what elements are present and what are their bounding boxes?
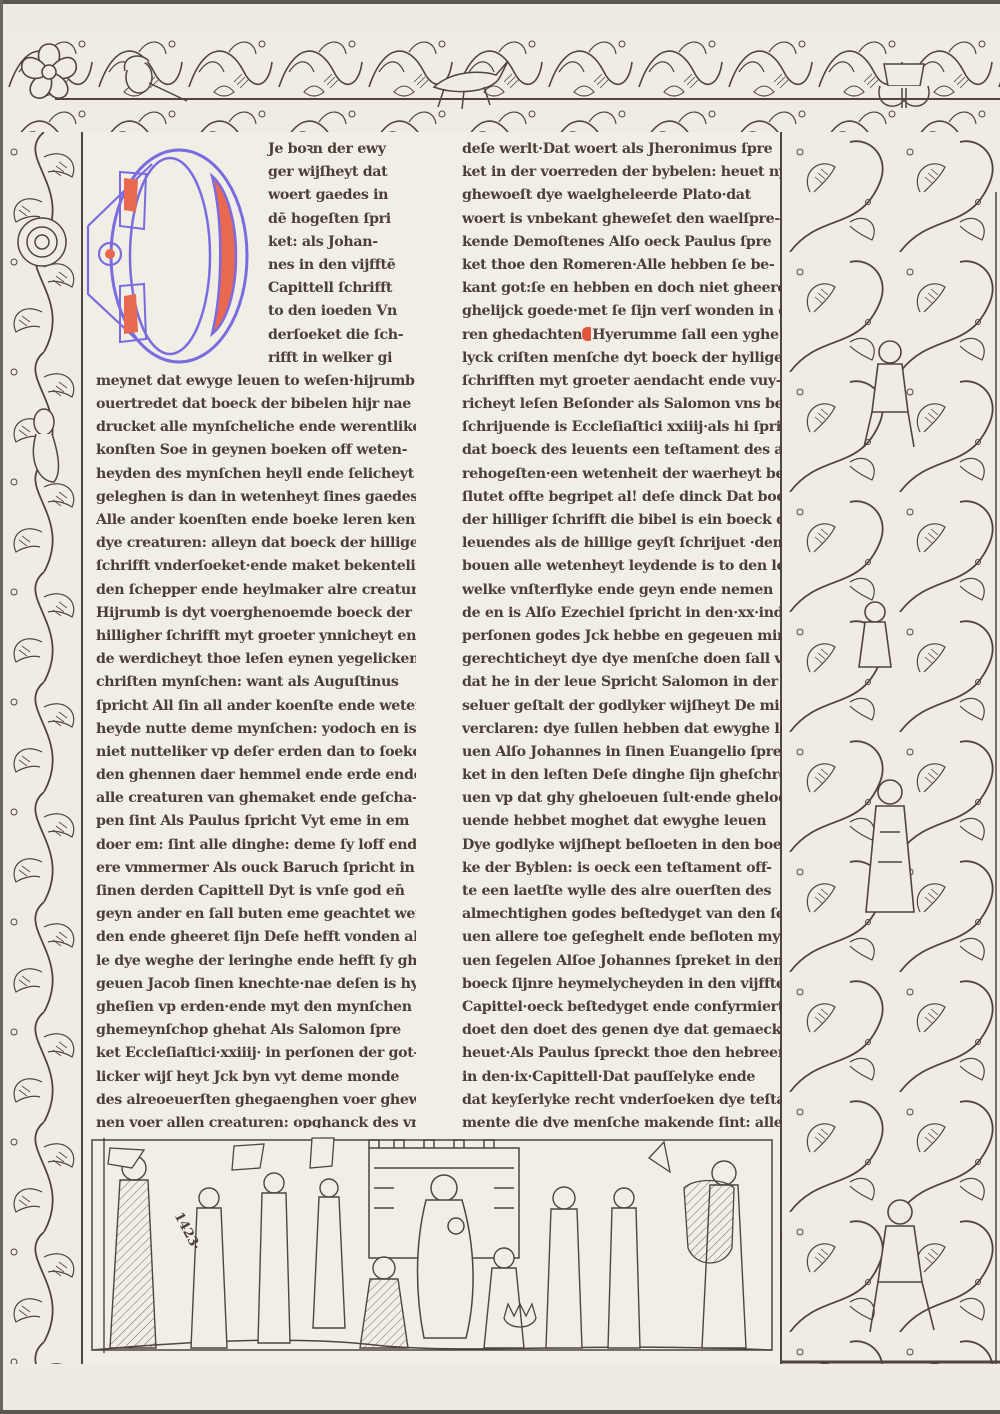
text-line: ſchrifft vnderſoeket·ende maket bekentel…: [96, 555, 416, 578]
text-line: dat keyſerlyke recht vnderſoeken dye teſ…: [462, 1089, 782, 1112]
text-line: boeck ſijnre heymelycheyden in den vijff…: [462, 973, 782, 996]
text-line: drucket alle mynſcheliche ende werentlik…: [96, 416, 416, 439]
text-line: leuendes als de hillige geyſt ſchrijuet …: [462, 532, 782, 555]
text-line: perſonen godes Jck hebbe en gegeuen mine: [462, 625, 782, 648]
text-line: ſpricht All ſin all ander koenſte ende w…: [96, 695, 416, 718]
text-line: uen allere toe geſeghelt ende beſloten m…: [462, 926, 782, 949]
foliage-ornament-icon: [4, 32, 1000, 132]
text-line: ket thoe den Romeren·Alle hebben ſe be-: [462, 254, 782, 277]
text-line: uen ſegelen Alſoe Johannes ſpreket in de…: [462, 950, 782, 973]
figural-vine-ornament-icon: [780, 132, 1000, 1364]
text-line: ere vmmermer Als ouck Baruch ſpricht in: [96, 857, 416, 880]
text-line: heyden des mynſchen heyll ende ſelicheyt: [96, 463, 416, 486]
text-line: in den·ix·Capittell·Dat pauſſelyke ende: [462, 1066, 782, 1089]
text-line: te een laetſte wylle des alre ouerſten d…: [462, 880, 782, 903]
text-line: richeyt leſen Beſonder als Salomon vns b…: [462, 393, 782, 416]
text-line: des alreoeuerſten ghegaenghen voer ghewo…: [96, 1089, 416, 1112]
text-line: Capittell ſchrifft: [96, 277, 416, 300]
printed-page: Je boꝛn der ewy ger wijſheyt dat woert g…: [0, 32, 1000, 1364]
text-line: chriſten mynſchen: want als Auguſtinus: [96, 671, 416, 694]
text-line: uende hebbet moghet dat ewyghe leuen: [462, 810, 782, 833]
text-line: heuet·Als Paulus ſpreckt thoe den hebree…: [462, 1042, 782, 1065]
page-bottom-edge: [0, 1410, 1000, 1414]
text-line: rehogeſten·een wetenheit der waerheyt be…: [462, 463, 782, 486]
text-line: ket: als Johan-: [96, 231, 416, 254]
text-line: geleghen is dan in wetenheyt ſines gaede…: [96, 486, 416, 509]
text-line: almechtighen godes beſtedyget van den ſe…: [462, 903, 782, 926]
text-line: de en is Alſo Ezechiel ſpricht in den·xx…: [462, 602, 782, 625]
text-line: seluer geſtalt der godlyker wijſheyt De …: [462, 695, 782, 718]
text-line: den ſchepper ende heylmaker alre creatur…: [96, 579, 416, 602]
text-line: alle creaturen van ghemaket ende geſcha-: [96, 787, 416, 810]
text-line: verclaren: dye ſullen hebben dat ewyghe …: [462, 718, 782, 741]
text-line: meynet dat ewyge leuen to weſen·hijrumb: [96, 370, 416, 393]
text-line: ket in der voerreden der bybelen: heuet …: [462, 161, 782, 184]
text-line: licker wijſ heyt Jck byn vyt deme monde: [96, 1066, 416, 1089]
text-line: Dye godlyke wijſhept beſloeten in den bo…: [462, 834, 782, 857]
text-segment: Hyerumme ſall een yghe: [592, 327, 779, 343]
text-line: bouen alle wetenheyt leydende is to den …: [462, 555, 782, 578]
rubric-paragraph-mark-icon: [582, 327, 591, 341]
text-line: uen Alſo Johannes in ſinen Euangelio ſpr…: [462, 741, 782, 764]
text-line: dat boeck des leuents een teſtament des …: [462, 439, 782, 462]
text-line: dē hogeſten ſpri: [96, 208, 416, 231]
text-line: welke vnſterflyke ende geyn ende nemen: [462, 579, 782, 602]
text-line: geuen Jacob ſinen knechte·nae deſen is h…: [96, 973, 416, 996]
text-line: dat he in der leue Spricht Salomon in de…: [462, 671, 782, 694]
text-line: ſlutet offte begripet al! deſe dinck Dat…: [462, 486, 782, 509]
top-woodcut-border: [4, 32, 1000, 132]
text-line: ſchrifften myt groeter aendacht ende vuy…: [462, 370, 782, 393]
top-border-rule: [55, 98, 1000, 100]
page-top-edge: [0, 0, 1000, 4]
text-line: derſoeket die ſch-: [96, 324, 416, 347]
text-line: pen ſint Als Paulus ſpricht Vyt eme in e…: [96, 810, 416, 833]
text-line: gerechticheyt dye dye menſche doen ſall …: [462, 648, 782, 671]
text-line: kende Demoſtenes Alſo oeck Paulus ſpre: [462, 231, 782, 254]
text-block: Je boꝛn der ewy ger wijſheyt dat woert g…: [84, 132, 780, 1128]
left-woodcut-border: [4, 132, 84, 1364]
text-line: niet nutteliker vp deſer erden dan to ſo…: [96, 741, 416, 764]
text-line: le dye weghe der leringhe ende hefft ſy …: [96, 950, 416, 973]
text-line: gheſien vp erden·ende myt den mynſchen: [96, 996, 416, 1019]
text-line: Alle ander koenſten ende boeke leren ken…: [96, 509, 416, 532]
text-line: ſinen derden Capittell Dyt is vnſe god e…: [96, 880, 416, 903]
text-line: woert gaedes in: [96, 184, 416, 207]
text-line: kant got:ſe en hebben en doch niet gheer…: [462, 277, 782, 300]
text-line: doet den doet des genen dye dat gemaeckt: [462, 1019, 782, 1042]
text-line: ouertredet dat boeck der bibelen hijr na…: [96, 393, 416, 416]
text-line-with-rubric: ren ghedachtenHyerumme ſall een yghe: [462, 324, 782, 347]
vine-ornament-icon: [4, 132, 84, 1364]
text-line: hilligher ſchrifft myt groeter ynnicheyt…: [96, 625, 416, 648]
text-line: ghelijck goede·met ſe ſijn verſ wonden i…: [462, 300, 782, 323]
text-line: ſchrijuende is Eccleſiaſtici xxiiij·als …: [462, 416, 782, 439]
text-line: rifft in welker gi: [96, 347, 416, 370]
text-line: ket in den leſten Deſe dinghe ſijn gheſc…: [462, 764, 782, 787]
woodcut-illustration: 1423·: [84, 1128, 780, 1364]
text-line: heyde nutte deme mynſchen: yodoch en is: [96, 718, 416, 741]
text-line: nes in den vijfftē: [96, 254, 416, 277]
text-line: doer em: ſint alle dinghe: deme ſy loff …: [96, 834, 416, 857]
text-line: ke der Byblen: is oeck een teſtament off…: [462, 857, 782, 880]
text-line: de werdicheyt thoe leſen eynen yegelicke…: [96, 648, 416, 671]
text-line: uen vp dat ghy gheloeuen ſult·ende ghelo…: [462, 787, 782, 810]
text-line: ger wijſheyt dat: [96, 161, 416, 184]
text-line: der hilliger ſchrifft die bibel is ein b…: [462, 509, 782, 532]
text-line: Je boꝛn der ewy: [96, 138, 416, 161]
text-line: Hijrumb is dyt voerghenoemde boeck der: [96, 602, 416, 625]
text-line: ket Eccleſiaſtici·xxiiij· in perſonen de…: [96, 1042, 416, 1065]
text-line: Capittel·oeck beſtedyget ende confyrmier…: [462, 996, 782, 1019]
text-line: den ghennen daer hemmel ende erde ende: [96, 764, 416, 787]
text-line: konſten Soe in geynen boeken off weten-: [96, 439, 416, 462]
text-line: woert is vnbekant ghewеſet den waelſpre-: [462, 208, 782, 231]
text-segment: ren ghedachten: [462, 327, 582, 343]
text-line: ghewoeſt dye waelgheleerde Plato·dat: [462, 184, 782, 207]
text-line: dye creaturen: alleyn dat boeck der hill…: [96, 532, 416, 555]
text-line: deſe werlt·Dat woert als Jheronimus ſpre: [462, 138, 782, 161]
text-line: ghemeynſchop ghehat Als Salomon ſpre: [96, 1019, 416, 1042]
text-line: den ende gheeret ſijn Deſe hefft vonden …: [96, 926, 416, 949]
text-line: to den ioeden Vn: [96, 300, 416, 323]
text-line: geyn ander en ſall buten eme geachtet we…: [96, 903, 416, 926]
text-line: lyck criſten menſche dyt boeck der hylli…: [462, 347, 782, 370]
right-woodcut-border: [780, 132, 1000, 1364]
